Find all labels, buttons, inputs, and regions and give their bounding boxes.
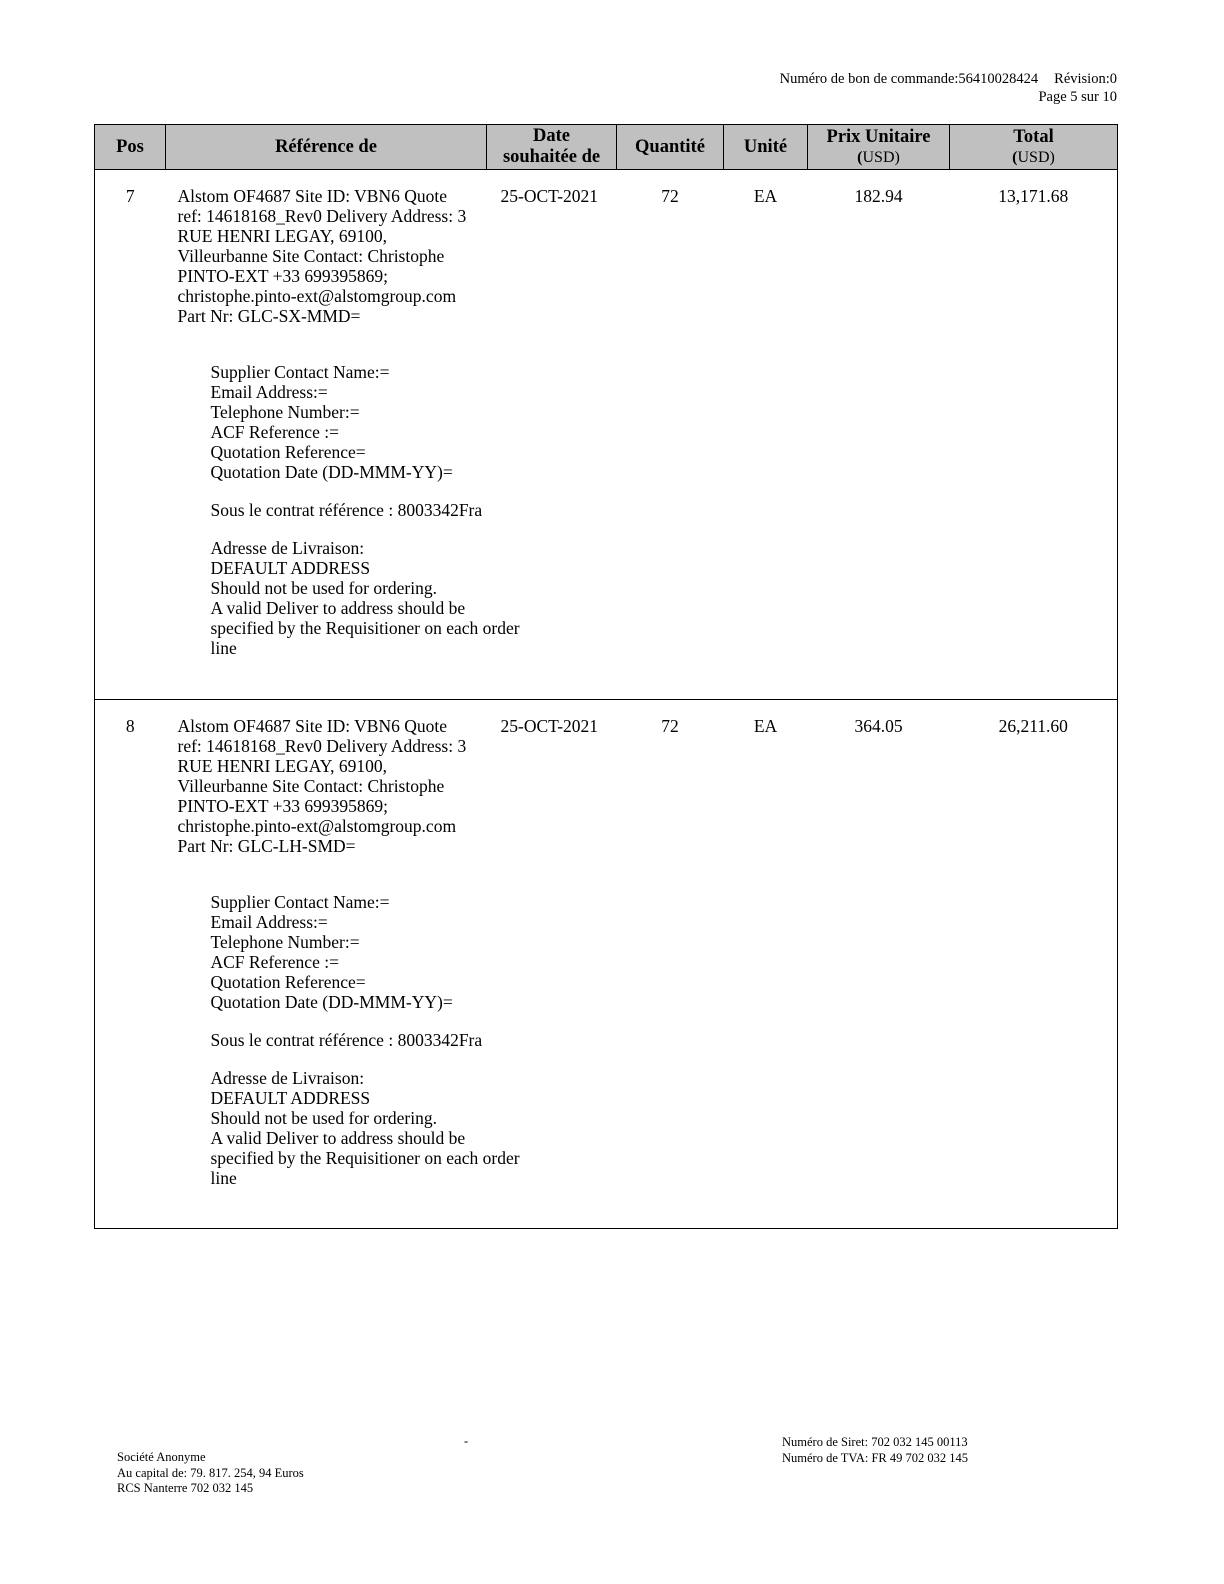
delivery-address: Adresse de Livraison:DEFAULT ADDRESSShou…: [178, 1068, 483, 1188]
cell-total: 13,171.68: [950, 170, 1118, 700]
table-row: 8Alstom OF4687 Site ID: VBN6 Quoteref: 1…: [95, 700, 1118, 1229]
supplier-fields: Supplier Contact Name:=Email Address:=Te…: [178, 892, 483, 1012]
delivery_lines-line: Should not be used for ordering.: [211, 1108, 483, 1128]
delivery_lines-line: Should not be used for ordering.: [211, 578, 483, 598]
cell-unit: EA: [724, 170, 808, 700]
col-header-reference: Référence de: [166, 125, 487, 170]
contract-reference: Sous le contrat référence : 8003342Fra: [178, 1030, 483, 1050]
delivery_lines-line: DEFAULT ADDRESS: [211, 558, 483, 578]
cell-reference: Alstom OF4687 Site ID: VBN6 Quoteref: 14…: [166, 700, 487, 1229]
footer-siret: Numéro de Siret: 702 032 145 00113: [782, 1435, 968, 1451]
footer-tva: Numéro de TVA: FR 49 702 032 145: [782, 1451, 968, 1467]
supplier_lines-line: Telephone Number:=: [211, 932, 483, 952]
contract-text: Sous le contrat référence : 8003342Fra: [211, 500, 483, 520]
supplier_lines-line: Supplier Contact Name:=: [211, 892, 483, 912]
col-header-pos: Pos: [95, 125, 166, 170]
description_lines-line: christophe.pinto-ext@alstomgroup.com: [178, 286, 483, 306]
description_lines-line: Alstom OF4687 Site ID: VBN6 Quote: [178, 186, 483, 206]
po-number-line: Numéro de bon de commande:56410028424Rév…: [780, 70, 1117, 88]
cell-quantity: 72: [617, 700, 724, 1229]
supplier_lines-line: Quotation Date (DD-MMM-YY)=: [211, 992, 483, 1012]
delivery_lines-line: specified by the Requisitioner on each o…: [211, 1148, 483, 1168]
footer-capital: Au capital de: 79. 817. 254, 94 Euros: [117, 1466, 304, 1482]
delivery_lines-line: Adresse de Livraison:: [211, 538, 483, 558]
footer-rcs: RCS Nanterre 702 032 145: [117, 1481, 304, 1497]
delivery-address: Adresse de Livraison:DEFAULT ADDRESSShou…: [178, 538, 483, 658]
description_lines-line: PINTO-EXT +33 699395869;: [178, 796, 483, 816]
col-header-unit: Unité: [724, 125, 808, 170]
page-indicator: Page 5 sur 10: [780, 88, 1117, 106]
delivery_lines-line: A valid Deliver to address should be: [211, 1128, 483, 1148]
item-description: Alstom OF4687 Site ID: VBN6 Quoteref: 14…: [178, 716, 483, 856]
cell-reference: Alstom OF4687 Site ID: VBN6 Quoteref: 14…: [166, 170, 487, 700]
footer-company-info: Société Anonyme Au capital de: 79. 817. …: [117, 1450, 304, 1497]
delivery_lines-line: line: [211, 1168, 483, 1188]
revision-number: 0: [1110, 71, 1117, 87]
supplier_lines-line: Supplier Contact Name:=: [211, 362, 483, 382]
footer-company-type: Société Anonyme: [117, 1450, 304, 1466]
contract-text: Sous le contrat référence : 8003342Fra: [211, 1030, 483, 1050]
delivery_lines-line: A valid Deliver to address should be: [211, 598, 483, 618]
col-header-total-currency: (USD): [950, 148, 1117, 167]
col-header-unit-price: Prix Unitaire (USD): [808, 125, 950, 170]
description_lines-line: Villeurbanne Site Contact: Christophe: [178, 776, 483, 796]
description_lines-line: christophe.pinto-ext@alstomgroup.com: [178, 816, 483, 836]
table-header-row: Pos Référence de Date souhaitée de Quant…: [95, 125, 1118, 170]
description_lines-line: RUE HENRI LEGAY, 69100,: [178, 226, 483, 246]
supplier_lines-line: Email Address:=: [211, 382, 483, 402]
delivery_lines-line: specified by the Requisitioner on each o…: [211, 618, 483, 638]
description_lines-line: ref: 14618168_Rev0 Delivery Address: 3: [178, 736, 483, 756]
supplier_lines-line: Quotation Reference=: [211, 442, 483, 462]
cell-unit-price: 364.05: [808, 700, 950, 1229]
purchase-order-table: Pos Référence de Date souhaitée de Quant…: [94, 124, 1118, 1229]
cell-unit-price: 182.94: [808, 170, 950, 700]
col-header-date: Date souhaitée de: [487, 125, 617, 170]
supplier_lines-line: ACF Reference :=: [211, 952, 483, 972]
description_lines-line: Part Nr: GLC-SX-MMD=: [178, 306, 483, 326]
supplier-fields: Supplier Contact Name:=Email Address:=Te…: [178, 362, 483, 482]
delivery_lines-line: line: [211, 638, 483, 658]
cell-quantity: 72: [617, 170, 724, 700]
supplier_lines-line: Quotation Date (DD-MMM-YY)=: [211, 462, 483, 482]
col-header-date-line2: souhaitée de: [487, 147, 616, 168]
po-label: Numéro de bon de commande:: [780, 71, 959, 87]
footer-separator: -: [464, 1434, 468, 1449]
supplier_lines-line: ACF Reference :=: [211, 422, 483, 442]
col-header-unit-price-currency: (USD): [808, 148, 949, 167]
description_lines-line: Part Nr: GLC-LH-SMD=: [178, 836, 483, 856]
col-header-total: Total (USD): [950, 125, 1118, 170]
contract-reference: Sous le contrat référence : 8003342Fra: [178, 500, 483, 520]
col-header-unit-price-label: Prix Unitaire: [808, 127, 949, 148]
revision-label: Révision:: [1054, 71, 1110, 87]
col-header-total-label: Total: [950, 127, 1117, 148]
description_lines-line: Villeurbanne Site Contact: Christophe: [178, 246, 483, 266]
cell-pos: 7: [95, 170, 166, 700]
document-header: Numéro de bon de commande:56410028424Rév…: [780, 70, 1117, 106]
description_lines-line: Alstom OF4687 Site ID: VBN6 Quote: [178, 716, 483, 736]
cell-pos: 8: [95, 700, 166, 1229]
delivery_lines-line: Adresse de Livraison:: [211, 1068, 483, 1088]
table-row: 7Alstom OF4687 Site ID: VBN6 Quoteref: 1…: [95, 170, 1118, 700]
supplier_lines-line: Telephone Number:=: [211, 402, 483, 422]
description_lines-line: RUE HENRI LEGAY, 69100,: [178, 756, 483, 776]
description_lines-line: PINTO-EXT +33 699395869;: [178, 266, 483, 286]
supplier_lines-line: Quotation Reference=: [211, 972, 483, 992]
supplier_lines-line: Email Address:=: [211, 912, 483, 932]
description_lines-line: ref: 14618168_Rev0 Delivery Address: 3: [178, 206, 483, 226]
col-header-date-line1: Date: [487, 126, 616, 147]
delivery_lines-line: DEFAULT ADDRESS: [211, 1088, 483, 1108]
item-description: Alstom OF4687 Site ID: VBN6 Quoteref: 14…: [178, 186, 483, 326]
po-number: 56410028424: [958, 71, 1038, 87]
footer-registration-info: Numéro de Siret: 702 032 145 00113 Numér…: [782, 1435, 968, 1466]
cell-total: 26,211.60: [950, 700, 1118, 1229]
cell-unit: EA: [724, 700, 808, 1229]
col-header-quantity: Quantité: [617, 125, 724, 170]
